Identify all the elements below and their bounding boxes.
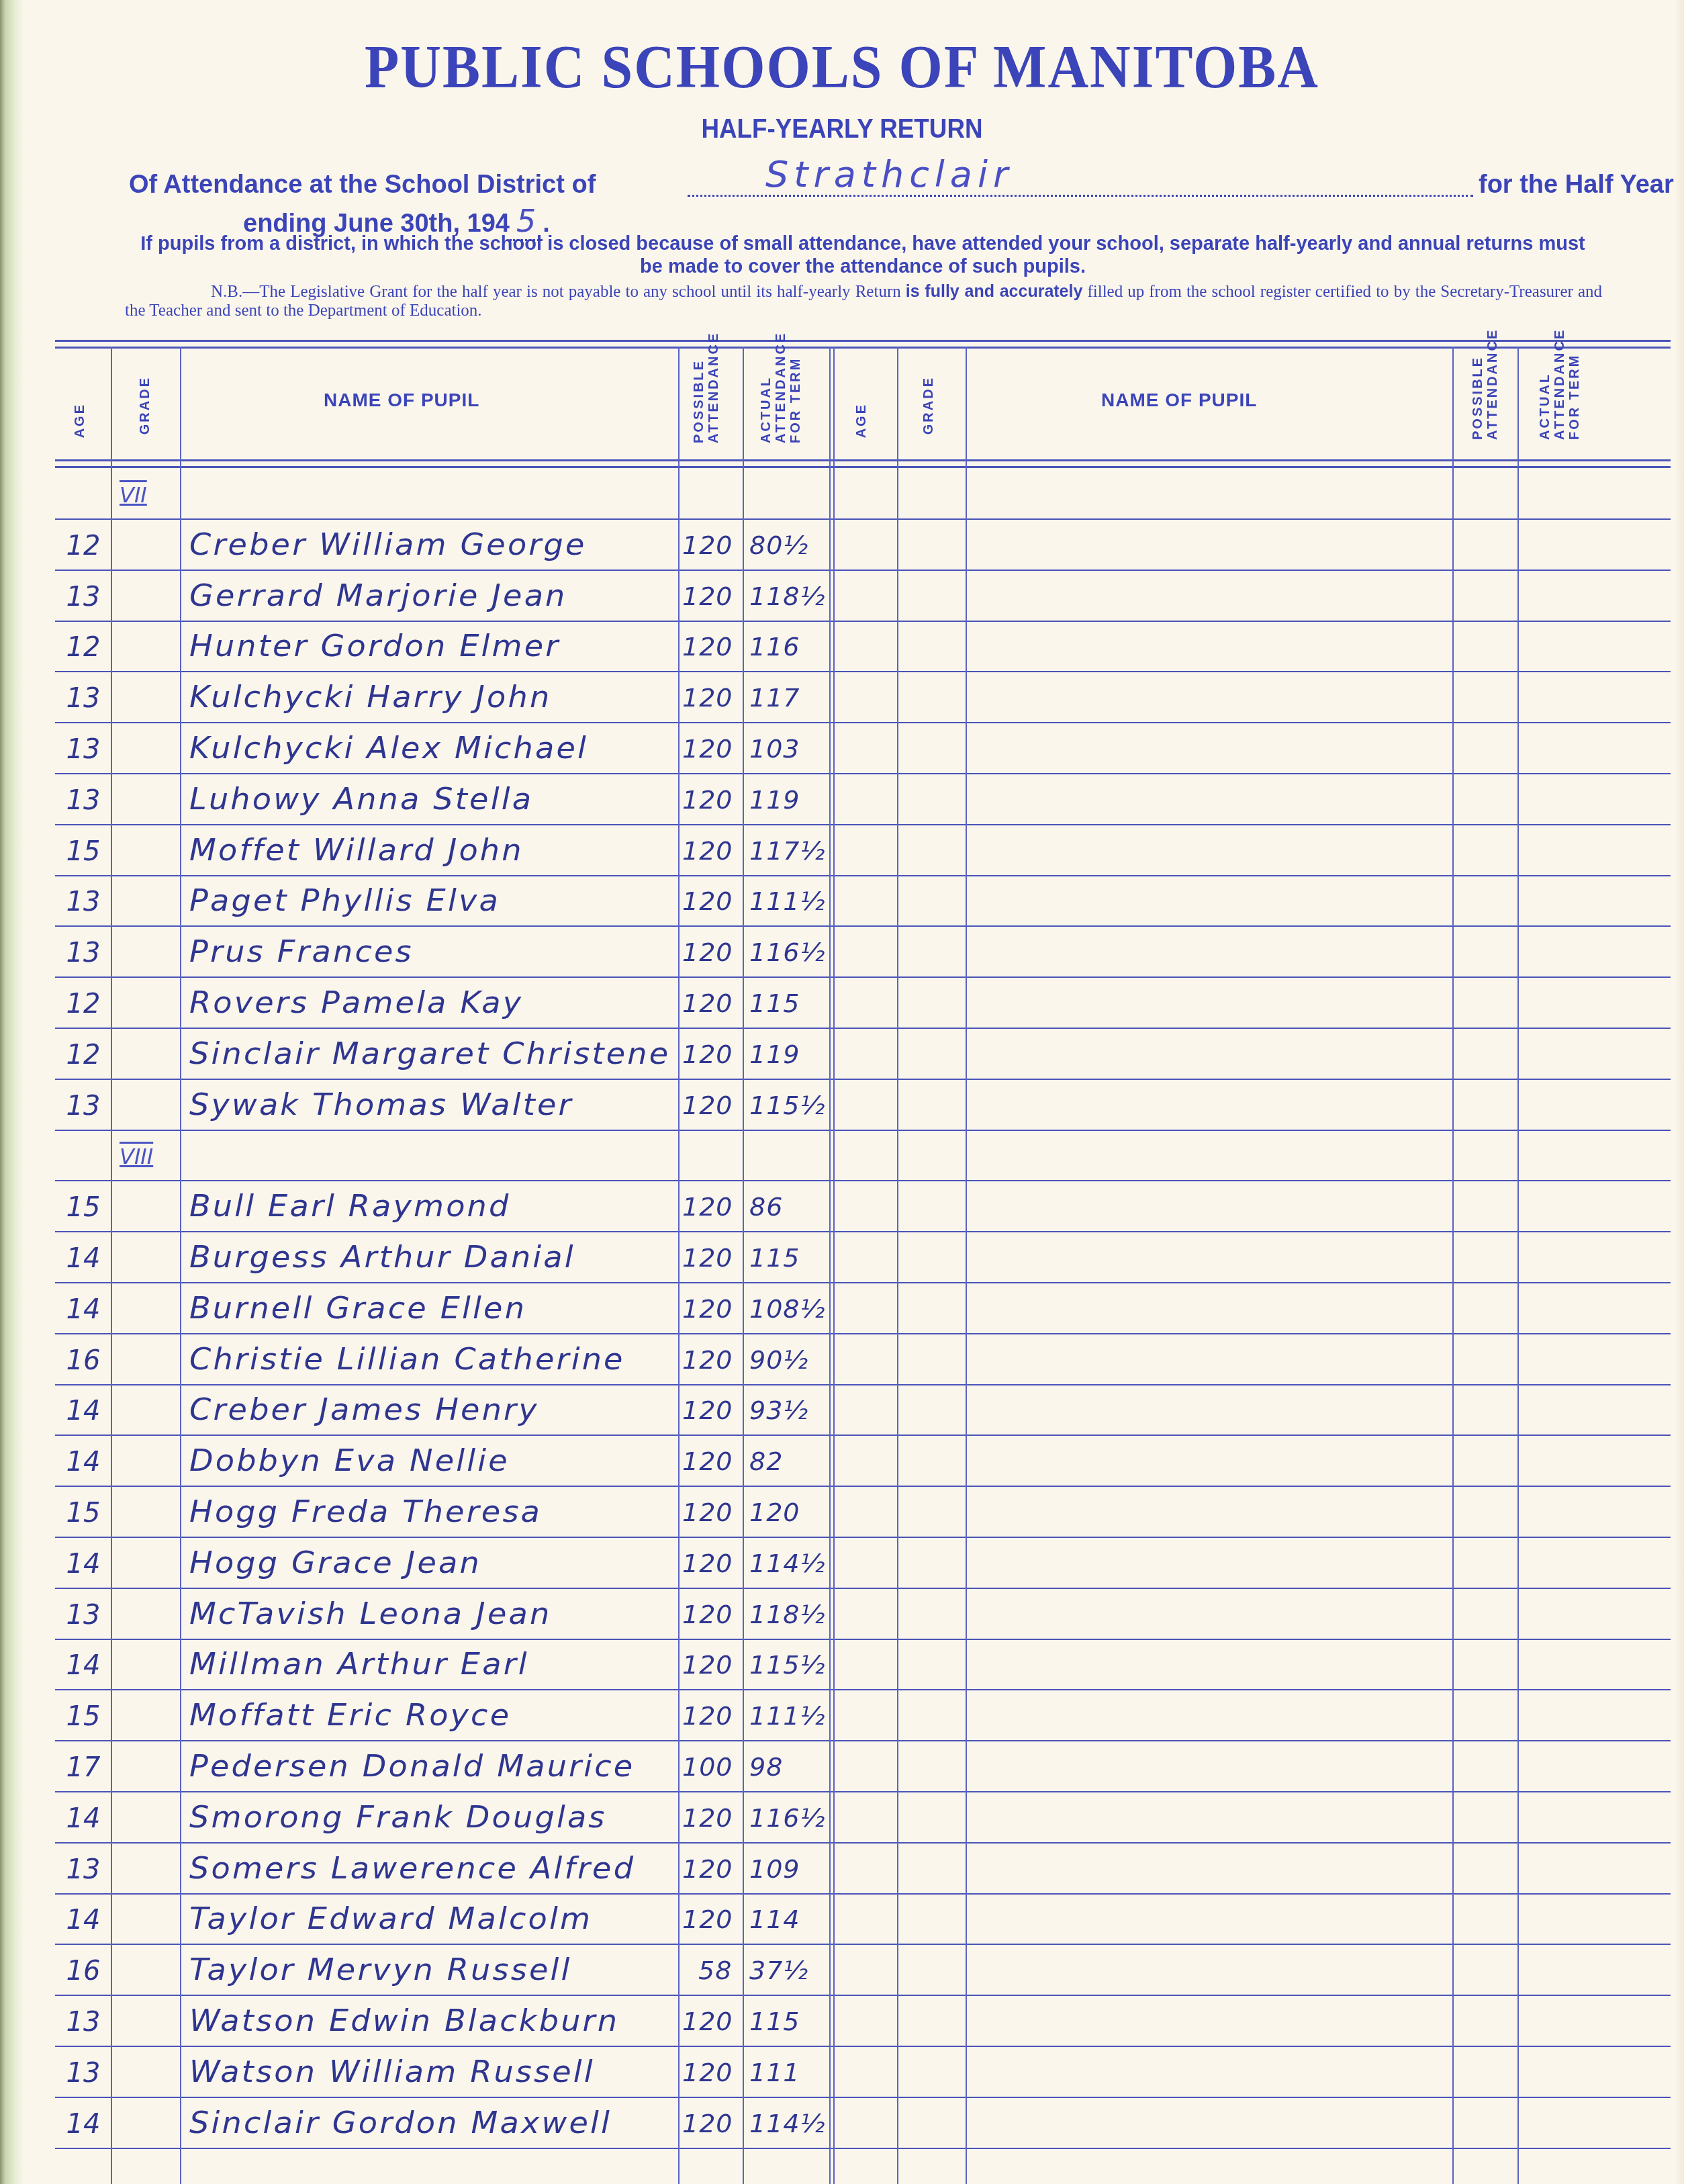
possible-attendance-cell[interactable]: 58: [698, 1956, 732, 1985]
header-grade-left: GRADE: [138, 376, 152, 435]
actual-attendance-cell[interactable]: 117: [749, 683, 800, 713]
nb-bold: is fully and accurately: [906, 282, 1083, 301]
possible-attendance-cell[interactable]: 120: [682, 1447, 733, 1476]
table-rule: [55, 1740, 1671, 1741]
table-rule: [55, 1028, 1671, 1029]
age-cell[interactable]: 14: [56, 1650, 110, 1681]
legislative-grant-note: N.B.—The Legislative Grant for the half …: [125, 282, 1602, 320]
pupil-name-cell[interactable]: Prus Frances: [189, 935, 414, 969]
table-rule: [55, 340, 1671, 342]
possible-attendance-cell[interactable]: 120: [682, 1243, 733, 1273]
header-age-right: AGE: [854, 403, 869, 438]
half-year-label: for the Half Year: [1479, 171, 1674, 199]
possible-attendance-cell[interactable]: 120: [682, 989, 733, 1018]
pupil-name-cell[interactable]: Pedersen Donald Maurice: [189, 1749, 635, 1784]
possible-attendance-cell[interactable]: 120: [682, 2058, 733, 2087]
possible-attendance-cell[interactable]: 120: [682, 632, 733, 662]
pupil-name-cell[interactable]: Sywak Thomas Walter: [189, 1088, 573, 1122]
nb-lead: N.B.—The Legislative Grant for the half …: [211, 283, 901, 301]
actual-attendance-cell[interactable]: 116: [749, 632, 800, 662]
actual-attendance-cell[interactable]: 109: [749, 1854, 800, 1884]
possible-attendance-cell[interactable]: 100: [682, 1752, 733, 1782]
possible-attendance-cell[interactable]: 120: [682, 531, 733, 560]
age-cell[interactable]: 13: [56, 785, 110, 816]
possible-attendance-cell[interactable]: 120: [682, 938, 733, 967]
actual-attendance-cell[interactable]: 115: [749, 2007, 800, 2036]
actual-attendance-cell[interactable]: 114: [749, 1905, 800, 1934]
table-rule: [55, 671, 1671, 672]
pupil-name-cell[interactable]: Hogg Freda Theresa: [189, 1495, 542, 1529]
age-cell[interactable]: 12: [56, 531, 110, 561]
age-cell[interactable]: 12: [56, 632, 110, 663]
age-cell[interactable]: 13: [56, 938, 110, 968]
pupil-name-cell[interactable]: Creber William George: [189, 528, 587, 562]
pupil-name-cell[interactable]: Bull Earl Raymond: [189, 1189, 511, 1224]
table-rule: [55, 518, 1671, 520]
table-rule: [55, 1180, 1671, 1181]
actual-attendance-cell[interactable]: 86: [749, 1192, 783, 1222]
possible-attendance-cell[interactable]: 120: [682, 2007, 733, 2036]
column-rule: [180, 347, 181, 2184]
possible-attendance-cell[interactable]: 120: [682, 1650, 733, 1680]
possible-attendance-cell[interactable]: 120: [682, 734, 733, 764]
column-rule: [743, 347, 744, 2184]
actual-attendance-cell[interactable]: 120: [749, 1498, 800, 1527]
table-rule: [55, 1791, 1671, 1792]
age-cell[interactable]: 13: [56, 2007, 110, 2038]
grade-marker: VIII: [120, 1144, 153, 1169]
header-actual-right: ACTUAL ATTENDANCE FOR TERM: [1538, 339, 1583, 440]
page-edge-shadow: [0, 0, 24, 2184]
table-rule: [55, 1486, 1671, 1487]
age-cell[interactable]: 16: [56, 1956, 110, 1987]
table-rule: [55, 1231, 1671, 1232]
pupil-name-cell[interactable]: Moffet Willard John: [189, 833, 524, 868]
column-rule: [1452, 347, 1454, 2184]
actual-attendance-cell[interactable]: 111½: [749, 886, 825, 916]
age-cell[interactable]: 12: [56, 989, 110, 1019]
table-rule: [55, 570, 1671, 571]
pupil-name-cell[interactable]: Smorong Frank Douglas: [189, 1801, 607, 1835]
age-cell[interactable]: 13: [56, 734, 110, 765]
age-cell[interactable]: 13: [56, 2058, 110, 2089]
pupil-name-cell[interactable]: Taylor Edward Malcolm: [189, 1902, 592, 1936]
table-rule: [55, 1893, 1671, 1895]
column-rule: [833, 347, 835, 2184]
age-cell[interactable]: 13: [56, 582, 110, 612]
age-cell[interactable]: 13: [56, 1091, 110, 1122]
table-rule: [55, 1639, 1671, 1640]
column-rule: [966, 347, 967, 2184]
pupil-name-cell[interactable]: Gerrard Marjorie Jean: [189, 579, 567, 613]
actual-attendance-cell[interactable]: 118½: [749, 582, 825, 611]
header-actual-left: ACTUAL ATTENDANCE FOR TERM: [759, 343, 804, 443]
pupil-name-cell[interactable]: Taylor Mervyn Russell: [189, 1953, 572, 1987]
age-cell[interactable]: 14: [56, 1447, 110, 1477]
possible-attendance-cell[interactable]: 120: [682, 1192, 733, 1222]
pupil-name-cell[interactable]: Somers Lawerence Alfred: [189, 1852, 635, 1886]
header-name-left: NAME OF PUPIL: [324, 390, 479, 411]
column-rule: [678, 347, 680, 2184]
table-rule: [55, 1333, 1671, 1334]
actual-attendance-cell[interactable]: 115½: [749, 1650, 825, 1680]
age-cell[interactable]: 12: [56, 1040, 110, 1071]
pupil-name-cell[interactable]: Christie Lillian Catherine: [189, 1343, 625, 1377]
actual-attendance-cell[interactable]: 116½: [749, 938, 825, 967]
actual-attendance-cell[interactable]: 119: [749, 1040, 800, 1069]
table-rule: [55, 2046, 1671, 2047]
possible-attendance-cell[interactable]: 120: [682, 1701, 733, 1731]
table-rule: [55, 621, 1671, 622]
pupil-name-cell[interactable]: Millman Arthur Earl: [189, 1647, 529, 1682]
pupil-name-cell[interactable]: Sinclair Margaret Christene: [189, 1037, 670, 1071]
table-rule: [55, 1435, 1671, 1436]
age-cell[interactable]: 14: [56, 1294, 110, 1325]
possible-attendance-cell[interactable]: 120: [682, 1294, 733, 1324]
table-rule: [55, 722, 1671, 723]
possible-attendance-cell[interactable]: 120: [682, 1040, 733, 1069]
age-cell[interactable]: 14: [56, 1243, 110, 1274]
possible-attendance-cell[interactable]: 120: [682, 1396, 733, 1425]
district-field[interactable]: Strathclair: [765, 153, 1013, 195]
pupil-name-cell[interactable]: Burnell Grace Ellen: [189, 1291, 526, 1326]
header-name-right: NAME OF PUPIL: [1101, 390, 1257, 411]
pupil-name-cell[interactable]: Watson William Russell: [189, 2055, 595, 2089]
actual-attendance-cell[interactable]: 114½: [749, 2109, 825, 2138]
table-rule: [55, 1689, 1671, 1690]
header-possible-right: POSSIBLE ATTENDANCE: [1470, 339, 1501, 440]
table-rule: [55, 459, 1671, 461]
age-cell[interactable]: 13: [56, 683, 110, 714]
column-rule: [829, 347, 831, 2184]
actual-attendance-cell[interactable]: 114½: [749, 1549, 825, 1578]
table-rule: [55, 2148, 1671, 2149]
table-rule: [55, 1079, 1671, 1080]
age-cell[interactable]: 15: [56, 1701, 110, 1732]
age-cell[interactable]: 13: [56, 1854, 110, 1885]
possible-attendance-cell[interactable]: 120: [682, 785, 733, 815]
closed-district-notice: If pupils from a district, in which the …: [128, 232, 1598, 278]
age-cell[interactable]: 15: [56, 836, 110, 867]
possible-attendance-cell[interactable]: 120: [682, 1345, 733, 1375]
grade-marker: VII: [120, 482, 147, 508]
table-rule: [55, 1842, 1671, 1844]
possible-attendance-cell[interactable]: 120: [682, 836, 733, 866]
pupil-name-cell[interactable]: McTavish Leona Jean: [189, 1597, 551, 1631]
actual-attendance-cell[interactable]: 116½: [749, 1803, 825, 1833]
table-rule: [55, 1944, 1671, 1945]
pupil-name-cell[interactable]: Watson Edwin Blackburn: [189, 2004, 619, 2038]
actual-attendance-cell[interactable]: 117½: [749, 836, 825, 866]
actual-attendance-cell[interactable]: 98: [749, 1752, 783, 1782]
table-rule: [55, 1537, 1671, 1538]
table-rule: [55, 466, 1671, 468]
table-rule: [55, 347, 1671, 349]
age-cell[interactable]: 14: [56, 1549, 110, 1580]
age-cell[interactable]: 14: [56, 1905, 110, 1936]
age-cell[interactable]: 13: [56, 1600, 110, 1631]
table-rule: [55, 2097, 1671, 2098]
table-rule: [55, 875, 1671, 876]
possible-attendance-cell[interactable]: 120: [682, 683, 733, 713]
district-line: Of Attendance at the School District of …: [129, 165, 1606, 206]
table-rule: [55, 976, 1671, 978]
actual-attendance-cell[interactable]: 37½: [749, 1956, 808, 1985]
actual-attendance-cell[interactable]: 118½: [749, 1600, 825, 1629]
actual-attendance-cell[interactable]: 111½: [749, 1701, 825, 1731]
header-grade-right: GRADE: [921, 376, 936, 435]
actual-attendance-cell[interactable]: 115: [749, 1243, 800, 1273]
age-cell[interactable]: 14: [56, 1803, 110, 1834]
actual-attendance-cell[interactable]: 80½: [749, 531, 808, 560]
age-cell[interactable]: 17: [56, 1752, 110, 1783]
possible-attendance-cell[interactable]: 120: [682, 886, 733, 916]
actual-attendance-cell[interactable]: 93½: [749, 1396, 808, 1425]
possible-attendance-cell[interactable]: 120: [682, 582, 733, 611]
table-rule: [55, 925, 1671, 927]
header-possible-left: POSSIBLE ATTENDANCE: [692, 343, 722, 443]
age-cell[interactable]: 16: [56, 1345, 110, 1376]
possible-attendance-cell[interactable]: 120: [682, 1498, 733, 1527]
column-rule: [1517, 347, 1519, 2184]
table-rule: [55, 1588, 1671, 1589]
possible-attendance-cell[interactable]: 120: [682, 1803, 733, 1833]
column-rule: [111, 347, 112, 2184]
form-subtitle: HALF-YEARLY RETURN: [67, 114, 1616, 144]
age-cell[interactable]: 13: [56, 886, 110, 917]
pupil-name-cell[interactable]: Hogg Grace Jean: [189, 1546, 481, 1580]
table-rule: [55, 773, 1671, 774]
possible-attendance-cell[interactable]: 120: [682, 2109, 733, 2138]
actual-attendance-cell[interactable]: 119: [749, 785, 800, 815]
pupil-name-cell[interactable]: Luhowy Anna Stella: [189, 782, 533, 817]
table-rule: [55, 824, 1671, 825]
pupil-name-cell[interactable]: Rovers Pamela Kay: [189, 986, 523, 1020]
actual-attendance-cell[interactable]: 115: [749, 989, 800, 1018]
pupil-name-cell[interactable]: Moffatt Eric Royce: [189, 1698, 511, 1733]
table-rule: [55, 1384, 1671, 1385]
pupil-name-cell[interactable]: Kulchycki Harry John: [189, 680, 551, 715]
possible-attendance-cell[interactable]: 120: [682, 1549, 733, 1578]
age-cell[interactable]: 15: [56, 1192, 110, 1223]
age-cell[interactable]: 14: [56, 1396, 110, 1426]
possible-attendance-cell[interactable]: 120: [682, 1600, 733, 1629]
age-cell[interactable]: 14: [56, 2109, 110, 2140]
table-rule: [55, 1282, 1671, 1283]
form-title: PUBLIC SCHOOLS OF MANITOBA: [0, 32, 1684, 103]
actual-attendance-cell[interactable]: 90½: [749, 1345, 808, 1375]
pupil-name-cell[interactable]: Paget Phyllis Elva: [189, 884, 500, 918]
pupil-name-cell[interactable]: Creber James Henry: [189, 1393, 539, 1427]
actual-attendance-cell[interactable]: 111: [749, 2058, 800, 2087]
header-age-left: AGE: [73, 403, 87, 438]
column-rule: [897, 347, 898, 2184]
actual-attendance-cell[interactable]: 103: [749, 734, 800, 764]
pupil-name-cell[interactable]: Hunter Gordon Elmer: [189, 629, 560, 664]
pupil-name-cell[interactable]: Sinclair Gordon Maxwell: [189, 2106, 612, 2140]
possible-attendance-cell[interactable]: 120: [682, 1854, 733, 1884]
possible-attendance-cell[interactable]: 120: [682, 1905, 733, 1934]
page-edge-right: [1675, 0, 1684, 2184]
table-rule: [55, 1130, 1671, 1131]
pupil-name-cell[interactable]: Burgess Arthur Danial: [189, 1240, 575, 1275]
pupil-name-cell[interactable]: Dobbyn Eva Nellie: [189, 1444, 510, 1478]
actual-attendance-cell[interactable]: 108½: [749, 1294, 825, 1324]
actual-attendance-cell[interactable]: 82: [749, 1447, 783, 1476]
district-label: Of Attendance at the School District of: [129, 171, 596, 199]
actual-attendance-cell[interactable]: 115½: [749, 1091, 825, 1120]
age-cell[interactable]: 15: [56, 1498, 110, 1529]
pupil-name-cell[interactable]: Kulchycki Alex Michael: [189, 731, 588, 766]
possible-attendance-cell[interactable]: 120: [682, 1091, 733, 1120]
table-rule: [55, 1995, 1671, 1996]
